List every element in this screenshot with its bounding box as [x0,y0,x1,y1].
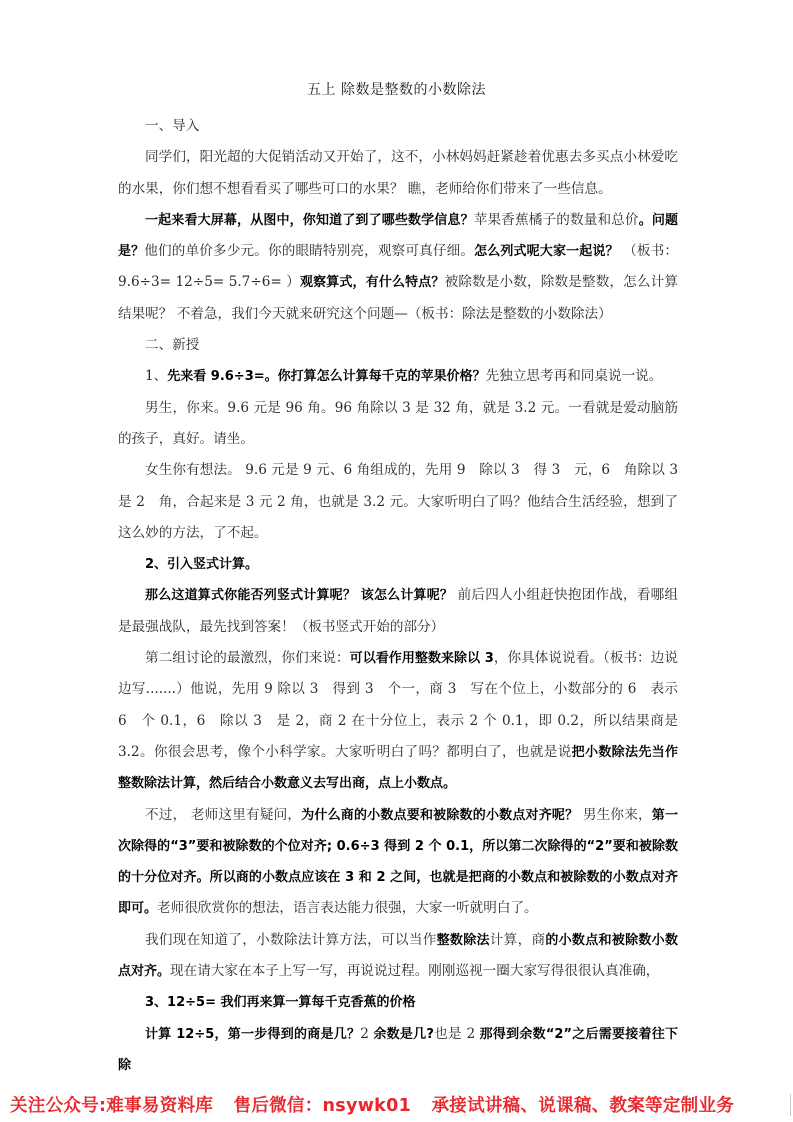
text-run: ，你具体说说看。（板书：边说边写.......）他说，先用 9 除以 3 得到 … [118,650,678,760]
bold-text-run: 计算 12÷5，第一步得到的商是几？ [145,1027,360,1042]
paragraph: 那么这道算式你能否列竖式计算呢？ 该怎么计算呢？ 前后四人小组赶快抱团作战，看哪… [118,580,678,643]
paragraph: 不过， 老师这里有疑问，为什么商的小数点要和被除数的小数点对齐呢？ 男生你来，第… [118,800,678,925]
text-run: 老师很欣赏你的想法，语言表达能力很强，大家一听就明白了。 [157,900,538,916]
text-run: 第二组讨论的最激烈，你们来说： [145,650,350,666]
section-heading-intro: 一、导入 [118,111,678,142]
bold-text-run: 整数除法 [437,933,490,948]
subheading-vertical-calc: 2、引入竖式计算。 [118,549,678,580]
text-run: 苹果香蕉橘子的数量和总价 [474,212,639,228]
bold-text-run: 那么这道算式你能否列竖式计算呢？ 该怎么计算呢？ [145,588,453,603]
text-run: 不过， 老师这里有疑问， [145,807,301,823]
paragraph: 我们现在知道了，小数除法计算方法，可以当作整数除法计算，商的小数点和被除数小数点… [118,925,678,988]
bold-text-run: 为什么商的小数点要和被除数的小数点对齐呢？ [301,808,578,823]
page-edge-divider [790,1094,791,1116]
paragraph: 一起来看大屏幕，从图中，你知道了到了哪些数学信息？苹果香蕉橘子的数量和总价。问题… [118,205,678,330]
bold-text-run: 余数是几? [373,1027,434,1042]
paragraph: 1、先来看 9.6÷3=。你打算怎么计算每千克的苹果价格？先独立思考再和同桌说一… [118,361,678,392]
document-body: 一、导入 同学们，阳光超的大促销活动又开始了，这不，小林妈妈赶紧趁着优惠去多买点… [118,111,678,1081]
text-run: 1、 [145,368,167,384]
text-run: 2 [360,1026,373,1042]
bold-text-run: 观察算式，有什么特点？ [300,275,445,290]
document-title: 五上 除数是整数的小数除法 [0,80,793,100]
subheading-banana-price: 3、12÷5= 我们再来算一算每千克香蕉的价格 [118,987,678,1018]
text-run: 他们的单价多少元。你的眼睛特别亮，观察可真仔细。 [144,243,474,259]
paragraph: 同学们，阳光超的大促销活动又开始了，这不，小林妈妈赶紧趁着优惠去多买点小林爱吃的… [118,142,678,205]
footer-wechat-account: 关注公众号:难事易资料库 [10,1096,213,1116]
paragraph: 计算 12÷5，第一步得到的商是几？2 余数是几?也是 2 那得到余数“2”之后… [118,1019,678,1082]
bold-text-run: 一起来看大屏幕，从图中，你知道了到了哪些数学信息？ [145,213,474,228]
text-run: 现在请大家在本子上写一写，再说说过程。刚刚巡视一圈大家写得很很认真准确， [170,963,659,979]
text-run: 男生你来， [578,807,651,823]
paragraph: 男生，你来。9.6 元是 96 角。96 角除以 3 是 32 角，就是 3.2… [118,393,678,456]
bold-text-run: 可以看作用整数来除以 3 [350,651,494,666]
text-run: 计算，商 [490,932,546,948]
text-run: 我们现在知道了，小数除法计算方法，可以当作 [145,932,437,948]
section-heading-new-lesson: 二、新授 [118,330,678,361]
footer-after-sales-contact: 售后微信：nsywk01 [234,1096,412,1116]
text-run: 也是 2 [434,1026,480,1042]
paragraph: 第二组讨论的最激烈，你们来说：可以看作用整数来除以 3，你具体说说看。（板书：边… [118,643,678,799]
text-run: 先独立思考再和同桌说一说。 [486,368,663,384]
bold-text-run: 先来看 9.6÷3=。你打算怎么计算每千克的苹果价格？ [167,369,485,384]
paragraph: 女生你有想法。 9.6 元是 9 元、6 角组成的，先用 9 除以 3 得 3 … [118,455,678,549]
bold-text-run: 怎么列式呢大家一起说？ [474,244,619,259]
footer-service-note: 承接试讲稿、说课稿、教案等定制业务 [431,1096,734,1116]
document-page: 五上 除数是整数的小数除法 一、导入 同学们，阳光超的大促销活动又开始了，这不，… [0,0,793,1122]
footer-banner: 关注公众号:难事易资料库 售后微信：nsywk01 承接试讲稿、说课稿、教案等定… [0,1092,793,1120]
